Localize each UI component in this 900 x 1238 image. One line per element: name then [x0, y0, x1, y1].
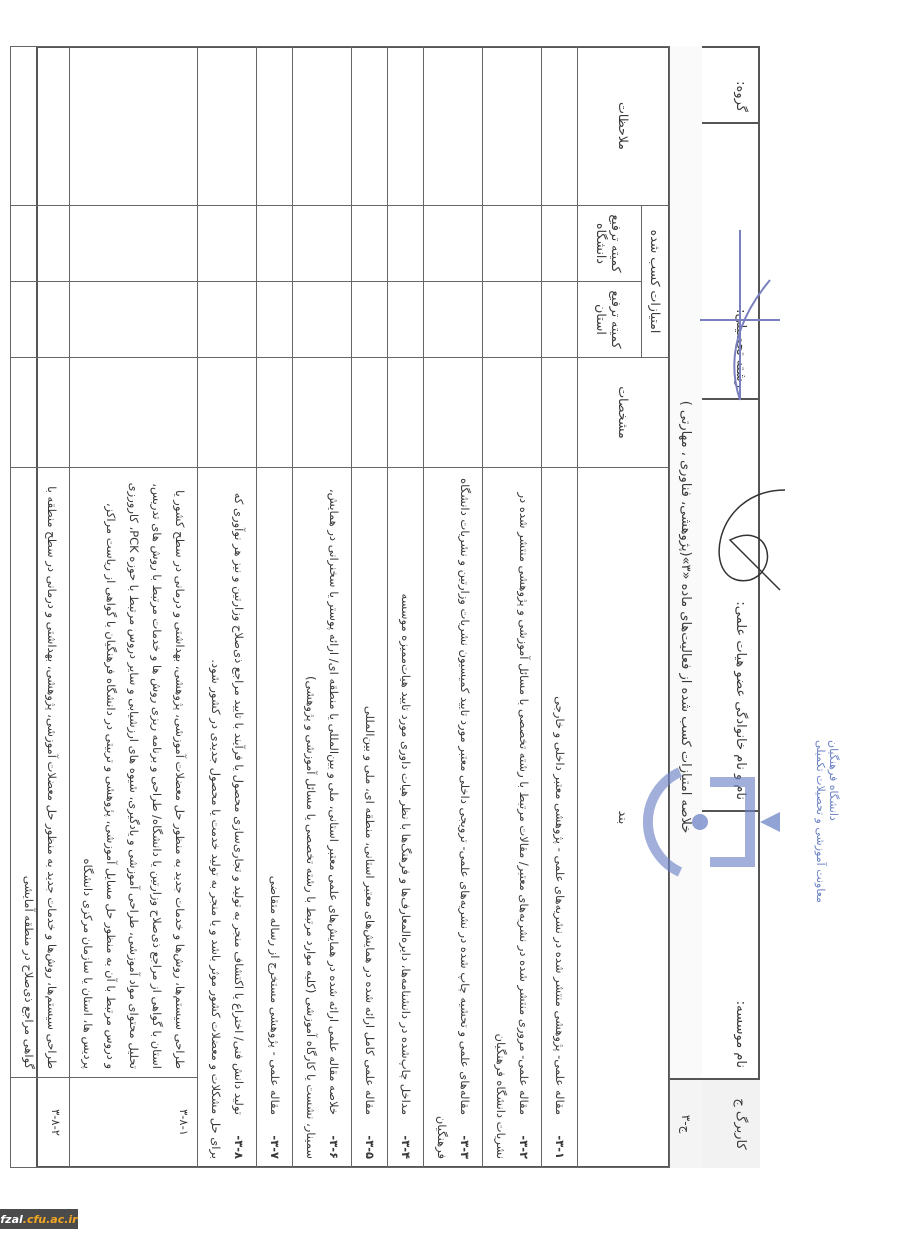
item-text: مقاله علمی کامل ارائه شده در همایش‌های م… — [363, 706, 377, 1115]
university-score-cell[interactable] — [424, 206, 483, 282]
spec-cell[interactable] — [198, 358, 257, 468]
item-cell: ۳-۲-مقاله علمی- مروری منتشر شده در نشریه… — [483, 468, 542, 1168]
item-cell: ۳-۶-خلاصه مقاله علمی ارائه شده در همایش‌… — [293, 468, 352, 1168]
notes-cell[interactable] — [70, 47, 198, 206]
header-university-committee: کمیته ترفیع دانشگاه — [578, 206, 642, 282]
item-code: ۳-۷- — [263, 1119, 286, 1159]
item-text: خلاصه مقاله علمی ارائه شده در همایش‌های … — [304, 489, 341, 1159]
provincial-score-cell[interactable] — [352, 282, 388, 358]
item-code: ۳-۵- — [358, 1119, 381, 1159]
subitem-code: ۳-۸-۲ — [11, 1078, 70, 1168]
stamp-dept: معاونت آموزشی و تحصیلات تکمیلی — [814, 740, 827, 903]
notes-cell[interactable] — [11, 47, 70, 206]
item-text: مقاله‌های علمی و تحشیه چاپ شده در نشریه‌… — [435, 478, 472, 1159]
notes-cell[interactable] — [388, 47, 424, 206]
university-score-cell[interactable] — [388, 206, 424, 282]
notes-cell[interactable] — [352, 47, 388, 206]
provincial-score-cell[interactable] — [70, 282, 198, 358]
item-code: ۳-۴- — [394, 1119, 417, 1159]
item-code: ۳-۳- — [453, 1119, 476, 1159]
table-row: ۳-۳-مقاله‌های علمی و تحشیه چاپ شده در نش… — [424, 47, 483, 1168]
subitem-code: ۳-۸-۱ — [70, 1078, 198, 1168]
form-sheet: کاربرگ ج نام موسسه: نام و نام خانوادگی ع… — [36, 46, 760, 1168]
university-score-cell[interactable] — [483, 206, 542, 282]
spec-cell[interactable] — [70, 358, 198, 468]
notes-cell[interactable] — [424, 47, 483, 206]
item-code: ۳-۸- — [227, 1119, 250, 1159]
subitem-text: طراحی سیستم‌ها، روش‌ها و خدمات جدید به م… — [11, 468, 70, 1078]
university-score-cell[interactable] — [293, 206, 352, 282]
notes-cell[interactable] — [257, 47, 293, 206]
form-code: ج-۳ — [670, 1078, 702, 1168]
university-score-cell[interactable] — [257, 206, 293, 282]
item-text: مقاله علمی- مروری منتشر شده در نشریه‌های… — [494, 493, 531, 1160]
university-score-cell[interactable] — [198, 206, 257, 282]
provincial-score-cell[interactable] — [424, 282, 483, 358]
notes-cell[interactable] — [483, 47, 542, 206]
header-points: امتیازات کسب شده — [642, 206, 670, 358]
table-row: ۳-۱-مقاله علمی- پژوهشی منتشر شده در نشری… — [542, 47, 578, 1168]
item-cell: ۳-۴-مداخل چاپ‌شده در دانشنامه‌ها، دایره‌… — [388, 468, 424, 1168]
notes-cell[interactable] — [198, 47, 257, 206]
table-row: ۳-۷-مقاله علمی - پژوهشی مستخرج از رساله … — [257, 47, 293, 1168]
provincial-score-cell[interactable] — [11, 282, 70, 358]
group-field: گروه: — [702, 46, 760, 122]
form-id-label: کاربرگ ج — [702, 1078, 760, 1168]
table-subrow: ۳-۸-۱طراحی سیستم‌ها، روش‌ها و خدمات جدید… — [70, 47, 198, 1168]
table-row: ۳-۶-خلاصه مقاله علمی ارائه شده در همایش‌… — [293, 47, 352, 1168]
item-cell: ۳-۱-مقاله علمی- پژوهشی منتشر شده در نشری… — [542, 468, 578, 1168]
table-row: ۳-۲-مقاله علمی- مروری منتشر شده در نشریه… — [483, 47, 542, 1168]
site-watermark: fzal.cfu.ac.ir — [0, 1209, 78, 1229]
header-specs: مشخصات — [578, 358, 670, 468]
spec-cell[interactable] — [483, 358, 542, 468]
title-row: ج-۳ خلاصه امتیازات کسب شده از فعالیت‌های… — [668, 46, 702, 1168]
member-name-field: نام و نام خانوادگی عضو هیات علمی: — [702, 398, 760, 810]
provincial-score-cell[interactable] — [542, 282, 578, 358]
table-subrow: ۳-۸-۲طراحی سیستم‌ها، روش‌ها و خدمات جدید… — [11, 47, 70, 1168]
item-cell: ۳-۸-تولید دانش فنی/ اختراع یا اکتشاف منج… — [198, 468, 257, 1168]
item-code: ۳-۶- — [322, 1119, 345, 1159]
university-logo-stamp — [640, 752, 790, 892]
university-score-cell[interactable] — [542, 206, 578, 282]
spec-cell[interactable] — [11, 358, 70, 468]
item-cell: ۳-۳-مقاله‌های علمی و تحشیه چاپ شده در نش… — [424, 468, 483, 1168]
spec-cell[interactable] — [257, 358, 293, 468]
form-header: کاربرگ ج نام موسسه: نام و نام خانوادگی ع… — [700, 46, 760, 1168]
item-text: تولید دانش فنی/ اختراع یا اکتشاف منجر به… — [209, 493, 246, 1159]
provincial-score-cell[interactable] — [388, 282, 424, 358]
provincial-score-cell[interactable] — [293, 282, 352, 358]
notes-cell[interactable] — [293, 47, 352, 206]
spec-cell[interactable] — [542, 358, 578, 468]
spec-cell[interactable] — [388, 358, 424, 468]
university-score-cell[interactable] — [70, 206, 198, 282]
spec-cell[interactable] — [424, 358, 483, 468]
header-provincial-committee: کمیته ترفیع استان — [578, 282, 642, 358]
table-row: ۳-۸-تولید دانش فنی/ اختراع یا اکتشاف منج… — [198, 47, 257, 1168]
field-of-study-field: رشته تحصیلی: — [702, 122, 760, 398]
item-text: مقاله علمی- پژوهشی منتشر شده در نشریه‌ها… — [553, 696, 567, 1115]
university-score-cell[interactable] — [11, 206, 70, 282]
provincial-score-cell[interactable] — [483, 282, 542, 358]
scores-table: بند مشخصات امتیازات کسب شده ملاحظات کمیت… — [10, 46, 670, 1168]
form-title: خلاصه امتیازات کسب شده از فعالیت‌های ماد… — [670, 46, 702, 1078]
provincial-score-cell[interactable] — [198, 282, 257, 358]
stamp-text: دانشگاه فرهنگیان معاونت آموزشی و تحصیلات… — [780, 740, 840, 910]
table-row: ۳-۴-مداخل چاپ‌شده در دانشنامه‌ها، دایره‌… — [388, 47, 424, 1168]
subitem-text: طراحی سیستم‌ها، روش‌ها و خدمات جدید به م… — [70, 468, 198, 1078]
provincial-score-cell[interactable] — [257, 282, 293, 358]
item-cell: ۳-۷-مقاله علمی - پژوهشی مستخرج از رساله … — [257, 468, 293, 1168]
university-score-cell[interactable] — [352, 206, 388, 282]
item-text: مقاله علمی - پژوهشی مستخرج از رساله متقا… — [268, 876, 282, 1115]
spec-cell[interactable] — [352, 358, 388, 468]
item-text: مداخل چاپ‌شده در دانشنامه‌ها، دایره‌المع… — [399, 593, 413, 1115]
table-row: ۳-۵-مقاله علمی کامل ارائه شده در همایش‌ه… — [352, 47, 388, 1168]
notes-cell[interactable] — [542, 47, 578, 206]
spec-cell[interactable] — [293, 358, 352, 468]
stamp-org: دانشگاه فرهنگیان — [827, 740, 840, 821]
item-cell: ۳-۵-مقاله علمی کامل ارائه شده در همایش‌ه… — [352, 468, 388, 1168]
item-code: ۳-۱- — [548, 1119, 571, 1159]
header-notes: ملاحظات — [578, 47, 670, 206]
item-code: ۳-۲- — [512, 1119, 535, 1159]
